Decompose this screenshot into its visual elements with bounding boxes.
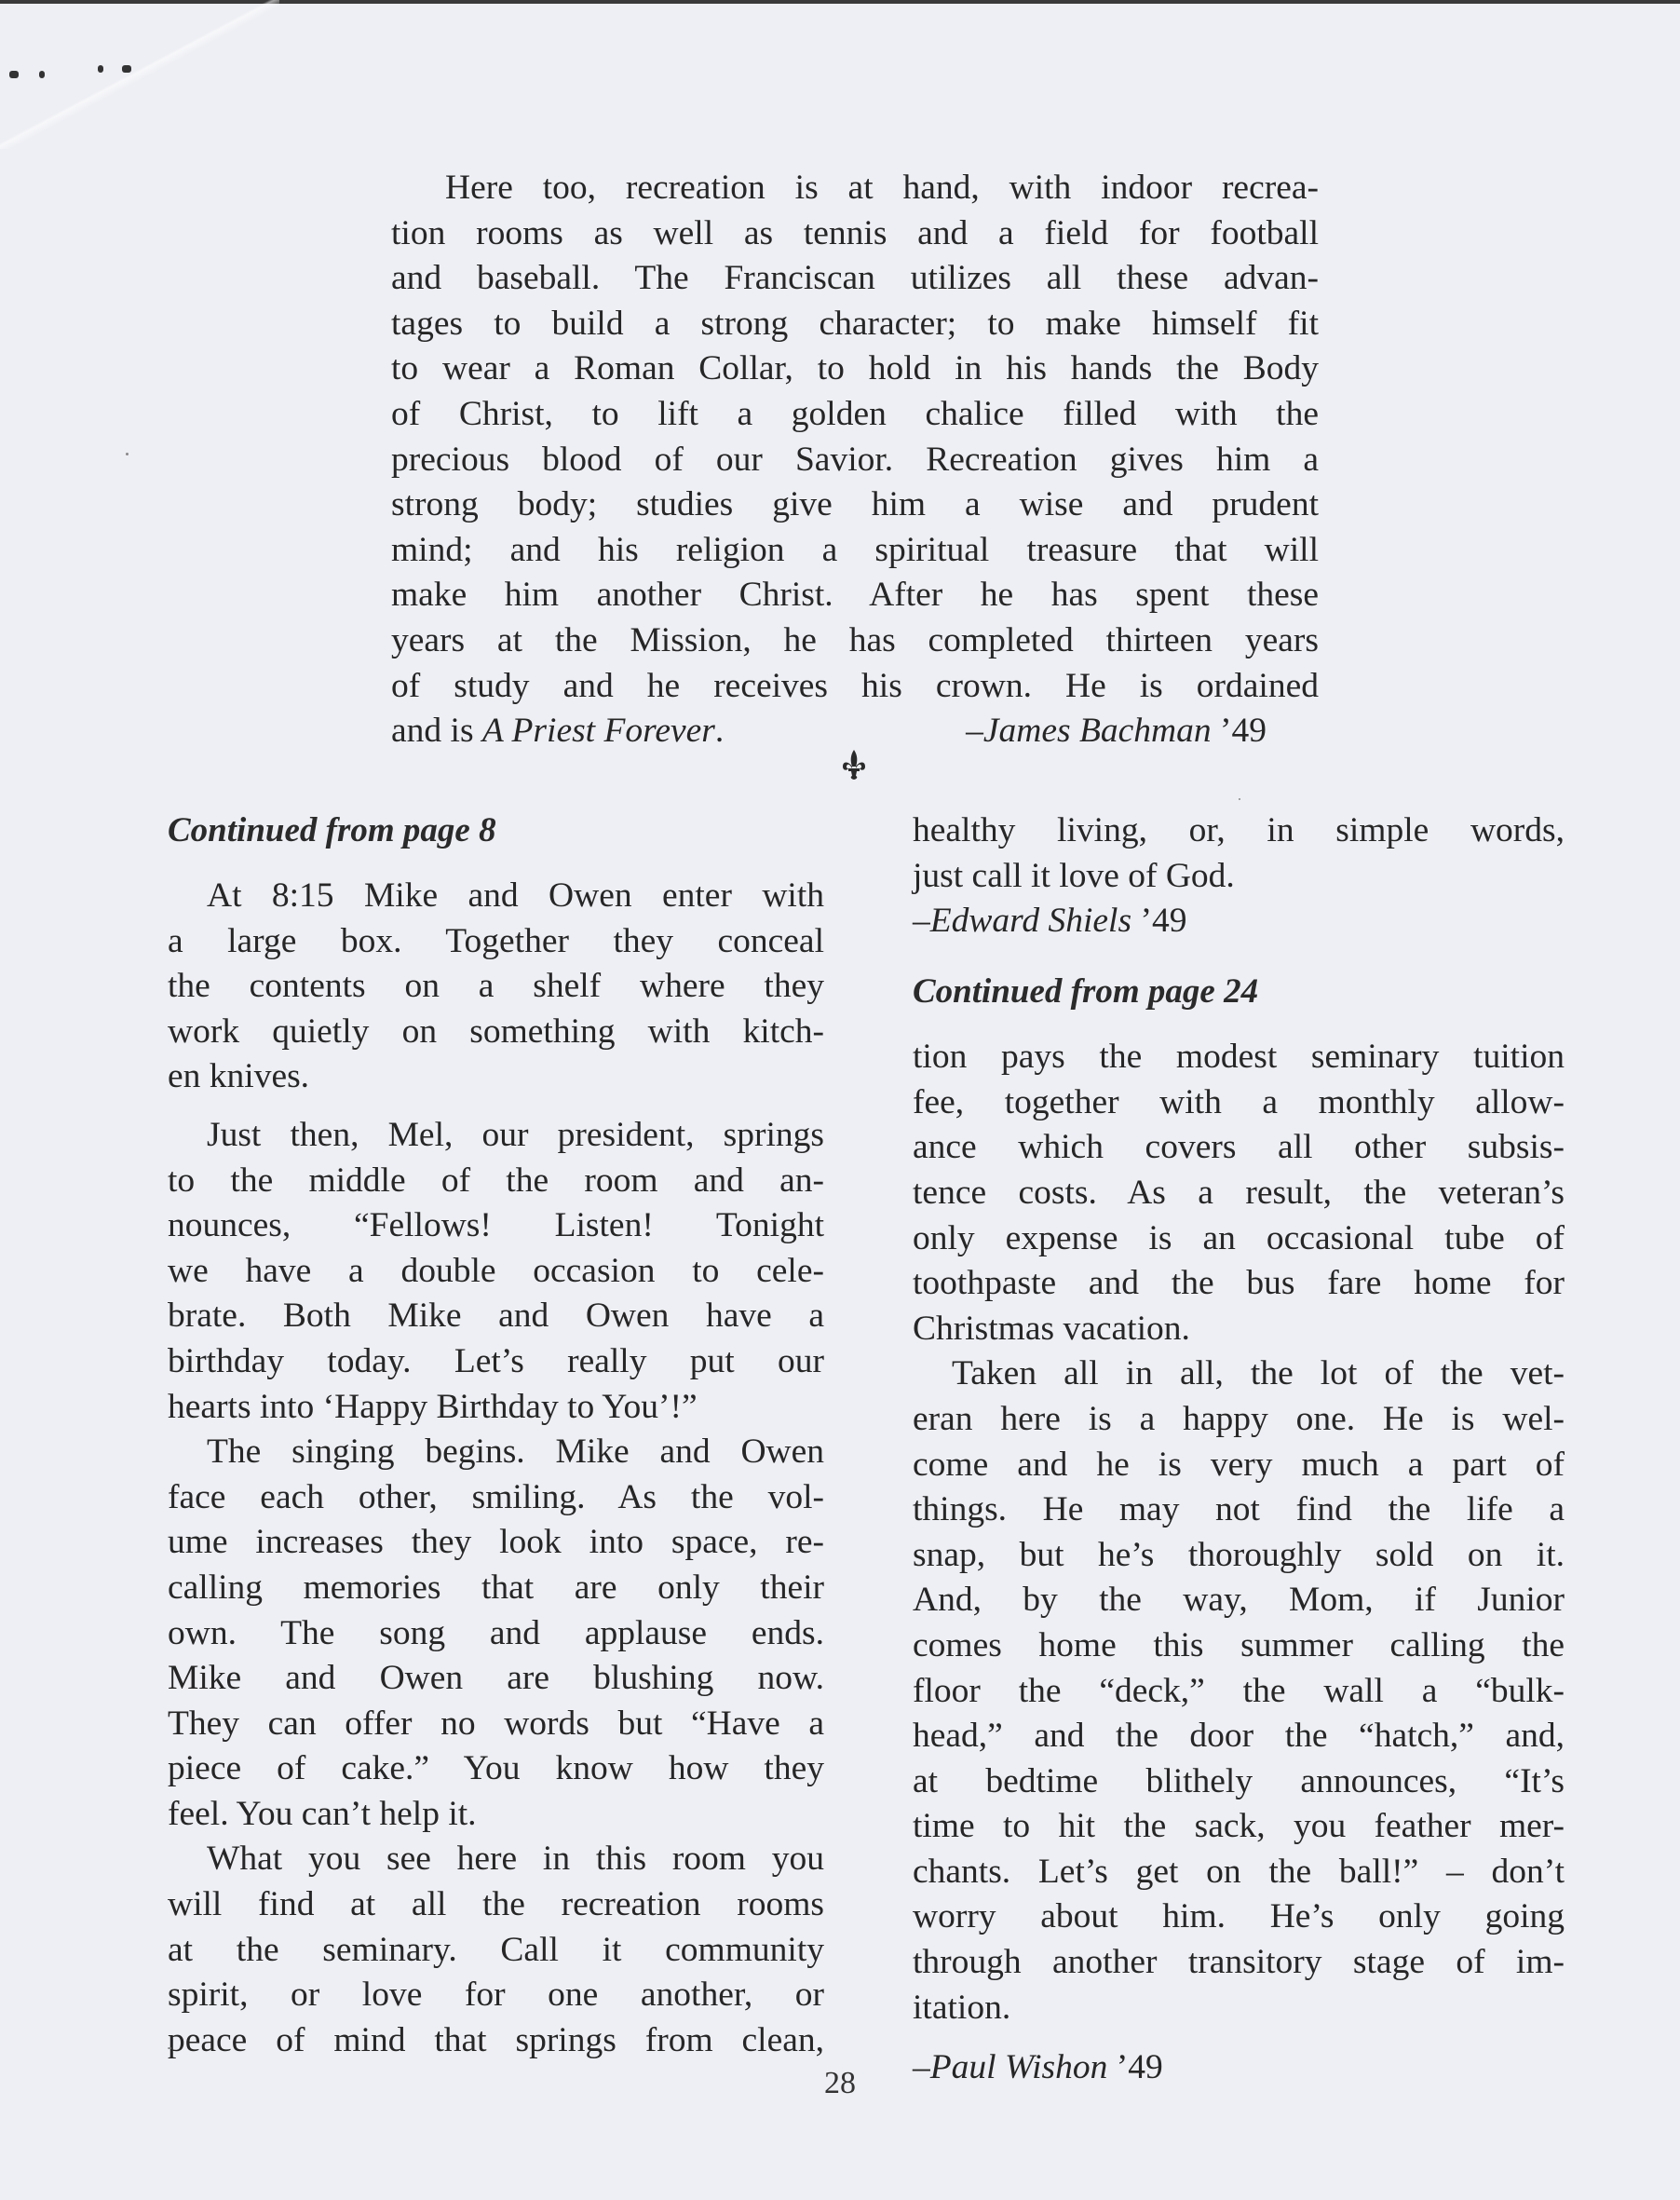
- article-line: strong body; studies give him a wise and…: [391, 482, 1319, 528]
- article-line: chants. Let’s get on the ball!” – don’t: [913, 1850, 1565, 1895]
- right-column-article: healthy living, or, in simple words, jus…: [913, 808, 1565, 2090]
- author-name: –Edward Shiels: [913, 902, 1131, 940]
- article-line: and baseball. The Franciscan utilizes al…: [391, 256, 1319, 302]
- article-line: birthday today. Let’s really put our: [168, 1339, 824, 1385]
- author-year: ’49: [1131, 902, 1186, 940]
- article-line: tages to build a strong character; to ma…: [391, 302, 1319, 347]
- paper-speck: [168, 2047, 171, 2049]
- article-line: The singing begins. Mike and Owen: [168, 1430, 824, 1475]
- closing-text: and is A Priest Forever.: [391, 709, 724, 754]
- article-line: worry about him. He’s only going: [913, 1894, 1565, 1940]
- article-line: tence costs. As a result, the veteran’s: [913, 1171, 1565, 1216]
- article-line: through another transitory stage of im-: [913, 1940, 1565, 1986]
- article-line: to the middle of the room and an-: [168, 1159, 824, 1204]
- top-article: Here too, recreation is at hand, with in…: [391, 166, 1319, 754]
- fleur-de-lis-icon: [841, 748, 867, 785]
- article-line: And, by the way, Mom, if Junior: [913, 1578, 1565, 1623]
- punch-mark: [122, 65, 131, 73]
- author-byline: –Edward Shiels ’49: [913, 899, 1565, 944]
- punch-mark: [39, 71, 45, 78]
- article-line: peace of mind that springs from clean,: [168, 2018, 824, 2064]
- paragraph: tion pays the modest seminary tuition fe…: [913, 1035, 1565, 1351]
- article-line: What you see here in this room you: [168, 1837, 824, 1882]
- article-line: Here too, recreation is at hand, with in…: [391, 166, 1319, 211]
- paragraph: Taken all in all, the lot of the vet- er…: [913, 1351, 1565, 2030]
- article-line: eran here is a happy one. He is wel-: [913, 1397, 1565, 1443]
- article-line: head,” and the door the “hatch,” and,: [913, 1714, 1565, 1759]
- article-line: precious blood of our Savior. Recreation…: [391, 438, 1319, 483]
- article-line: own. The song and applause ends.: [168, 1611, 824, 1657]
- paragraph: Just then, Mel, our president, springs t…: [168, 1113, 824, 1430]
- continued-heading: Continued from page 8: [168, 808, 824, 853]
- article-line: we have a double occasion to cele-: [168, 1249, 824, 1295]
- paper-speck: [1239, 798, 1240, 800]
- article-line: brate. Both Mike and Owen have a: [168, 1294, 824, 1339]
- article-line: ume increases they look into space, re-: [168, 1520, 824, 1566]
- page-number: 28: [0, 2066, 1680, 2101]
- article-line: the contents on a shelf where they: [168, 964, 824, 1010]
- continuation-paragraph: healthy living, or, in simple words, jus…: [913, 808, 1565, 899]
- article-line: of study and he receives his crown. He i…: [391, 664, 1319, 710]
- article-line: snap, but he’s thoroughly sold on it.: [913, 1533, 1565, 1579]
- article-line: make him another Christ. After he has sp…: [391, 573, 1319, 618]
- article-line: years at the Mission, he has completed t…: [391, 618, 1319, 664]
- article-line: comes home this summer calling the: [913, 1623, 1565, 1669]
- closing-title-italic: A Priest Forever: [482, 712, 715, 750]
- article-line: spirit, or love for one another, or: [168, 1973, 824, 2018]
- paragraph: What you see here in this room you will …: [168, 1837, 824, 2063]
- article-line: to wear a Roman Collar, to hold in his h…: [391, 346, 1319, 392]
- paragraph: The singing begins. Mike and Owen face e…: [168, 1430, 824, 1837]
- article-line: work quietly on something with kitch-: [168, 1010, 824, 1055]
- article-line: nounces, “Fellows! Listen! Tonight: [168, 1203, 824, 1249]
- article-line: Mike and Owen are blushing now.: [168, 1656, 824, 1702]
- punch-mark: [9, 71, 19, 78]
- article-line: They can offer no words but “Have a: [168, 1702, 824, 1747]
- article-line: only expense is an occasional tube of: [913, 1216, 1565, 1262]
- article-line: at the seminary. Call it community: [168, 1928, 824, 1974]
- paragraph: At 8:15 Mike and Owen enter with a large…: [168, 874, 824, 1100]
- article-line: come and he is very much a part of: [913, 1443, 1565, 1488]
- author-byline: –James Bachman ’49: [966, 709, 1319, 754]
- closing-suffix: .: [715, 712, 724, 750]
- article-line: healthy living, or, in simple words,: [913, 808, 1565, 854]
- article-line: Just then, Mel, our president, springs: [168, 1113, 824, 1159]
- article-line: At 8:15 Mike and Owen enter with: [168, 874, 824, 919]
- article-line: a large box. Together they conceal: [168, 919, 824, 965]
- article-line: Taken all in all, the lot of the vet-: [913, 1351, 1565, 1397]
- article-line: just call it love of God.: [913, 854, 1565, 900]
- article-line: at bedtime blithely announces, “It’s: [913, 1759, 1565, 1805]
- continued-heading: Continued from page 24: [913, 970, 1565, 1014]
- left-column-article: Continued from page 8 At 8:15 Mike and O…: [168, 808, 824, 2063]
- article-line: of Christ, to lift a golden chalice fill…: [391, 392, 1319, 438]
- author-year: ’49: [1212, 712, 1267, 750]
- article-line: mind; and his religion a spiritual treas…: [391, 528, 1319, 574]
- article-line: fee, together with a monthly allow-: [913, 1080, 1565, 1126]
- article-line: Christmas vacation.: [913, 1307, 1565, 1352]
- article-line: tion rooms as well as tennis and a field…: [391, 211, 1319, 257]
- page-edge: [0, 0, 1680, 4]
- article-line: feel. You can’t help it.: [168, 1792, 824, 1838]
- article-line: en knives.: [168, 1054, 824, 1100]
- article-line: face each other, smiling. As the vol-: [168, 1475, 824, 1521]
- article-line: calling memories that are only their: [168, 1566, 824, 1611]
- article-line: piece of cake.” You know how they: [168, 1746, 824, 1792]
- article-line: floor the “deck,” the wall a “bulk-: [913, 1669, 1565, 1715]
- paper-speck: [126, 453, 129, 455]
- punch-mark: [98, 65, 103, 73]
- article-line: hearts into ‘Happy Birthday to You’!”: [168, 1385, 824, 1431]
- article-line: itation.: [913, 1986, 1565, 2031]
- article-line: ance which covers all other subsis-: [913, 1125, 1565, 1171]
- author-name: –James Bachman: [966, 712, 1211, 750]
- closing-prefix: and is: [391, 712, 482, 750]
- article-line: toothpaste and the bus fare home for: [913, 1261, 1565, 1307]
- article-line: tion pays the modest seminary tuition: [913, 1035, 1565, 1080]
- article-line: will find at all the recreation rooms: [168, 1882, 824, 1928]
- article-line: time to hit the sack, you feather mer-: [913, 1804, 1565, 1850]
- article-line: things. He may not find the life a: [913, 1487, 1565, 1533]
